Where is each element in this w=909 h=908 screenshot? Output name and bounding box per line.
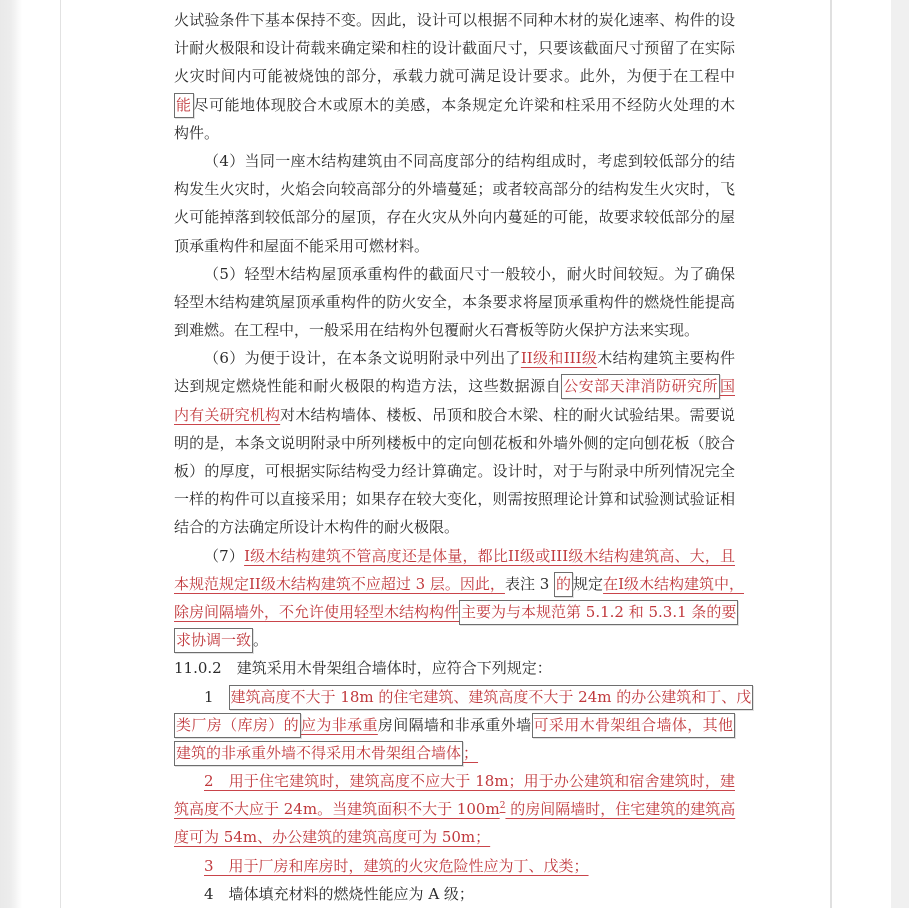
- text-line: 筑高度不大应于 24m。当建筑面积不大于 100m2 的房间隔墙时，住宅建筑的建…: [174, 795, 735, 823]
- text-line: 能尽可能地体现胶合木或原木的美感，本条规定允许梁和柱采用不经防火处理的木: [174, 91, 735, 119]
- underlined-annotation: 国: [720, 377, 735, 395]
- boxed-annotation: 能: [174, 93, 194, 118]
- underlined-annotation: 内有关研究机构: [174, 406, 280, 424]
- text-line: 内有关研究机构对木结构墙体、楼板、吊顶和胶合木梁、柱的耐火试验结果。需要说: [174, 401, 735, 429]
- line-text: 明的是，本条文说明附录中所列楼板中的定向刨花板和外墙外侧的定向刨花板（胶合: [174, 434, 735, 452]
- document-page: 火试验条件下基本保持不变。因此，设计可以根据不同种木材的炭化速率、构件的设 计耐…: [174, 6, 735, 908]
- text-line: 火试验条件下基本保持不变。因此，设计可以根据不同种木材的炭化速率、构件的设: [174, 6, 735, 34]
- text-line: 2 用于住宅建筑时，建筑高度不应大于 18m；用于办公建筑和宿舍建筑时，建: [174, 767, 735, 795]
- text-line: 火灾时间内可能被烧蚀的部分，承载力就可满足设计要求。此外，为便于在工程中: [174, 62, 735, 90]
- text-line: 顶承重构件和屋面不能采用可燃材料。: [174, 232, 735, 260]
- text-line: 类厂房（库房）的应为非承重房间隔墙和非承重外墙可采用木骨架组合墙体，其他: [174, 711, 735, 739]
- line-text: 达到规定燃烧性能和耐火极限的构造方法，这些数据源自: [174, 377, 561, 395]
- line-text: 规定: [573, 575, 603, 593]
- boxed-annotation: 建筑高度不大于 18m 的住宅建筑、建筑高度不大于 24m 的办公建筑和丁、戊: [229, 685, 754, 710]
- left-window-edge: [0, 0, 22, 908]
- boxed-annotation: 公安部天津消防研究所: [561, 374, 720, 399]
- line-text: 火灾时间内可能被烧蚀的部分，承载力就可满足设计要求。此外，为便于在工程中: [174, 67, 735, 85]
- underlined-annotation: 度可为 54m、办公建筑的建筑高度可为 50m；: [174, 828, 490, 846]
- underlined-annotation: 本规范规定II级木结构建筑不应超过 3 层。因此，: [174, 575, 505, 593]
- page-border-left: [60, 0, 61, 908]
- underlined-annotation: ；: [463, 744, 478, 762]
- text-line: 度可为 54m、办公建筑的建筑高度可为 50m；: [174, 823, 735, 851]
- text-line: （5）轻型木结构屋顶承重构件的截面尺寸一般较小，耐火时间较短。为了确保: [174, 260, 735, 288]
- line-text: 顶承重构件和屋面不能采用可燃材料。: [174, 237, 429, 255]
- underlined-annotation: 3 用于厂房和库房时，建筑的火灾危险性应为丁、戊类；: [204, 857, 589, 875]
- text-line: 1 建筑高度不大于 18m 的住宅建筑、建筑高度不大于 24m 的办公建筑和丁、…: [174, 683, 735, 711]
- line-text: 对木结构墙体、楼板、吊顶和胶合木梁、柱的耐火试验结果。需要说: [280, 406, 735, 424]
- underlined-annotation: 在I级木结构建筑中，: [603, 575, 744, 593]
- scrollbar-track[interactable]: [891, 0, 909, 908]
- line-text: 表注 3: [505, 575, 554, 593]
- underlined-annotation: 除房间隔墙外，不允许使用轻型木结构构件: [174, 603, 459, 621]
- boxed-annotation: 主要为与本规范第 5.1.2 和 5.3.1 条的要: [459, 600, 738, 625]
- text-line: 一样的构件可以直接采用；如果存在较大变化，则需按照理论计算和试验测试验证相: [174, 485, 735, 513]
- line-text: 构发生火灾时，火焰会向较高部分的外墙蔓延；或者较高部分的结构发生火灾时，飞: [174, 180, 735, 198]
- boxed-annotation: 的: [554, 572, 573, 597]
- underlined-annotation: 的房间隔墙时，住宅建筑的建筑高: [505, 800, 735, 818]
- text-line: 板）的厚度，可根据实际结构受力经计算确定。设计时，对于与附录中所列情况完全: [174, 457, 735, 485]
- line-text: 到难燃。在工程中，一般采用在结构外包覆耐火石膏板等防火保护方法来实现。: [174, 321, 699, 339]
- text-line: 构发生火灾时，火焰会向较高部分的外墙蔓延；或者较高部分的结构发生火灾时，飞: [174, 175, 735, 203]
- line-text: （5）轻型木结构屋顶承重构件的截面尺寸一般较小，耐火时间较短。为了确保: [204, 265, 735, 283]
- underlined-annotation: 2 用于住宅建筑时，建筑高度不应大于 18m；用于办公建筑和宿舍建筑时，建: [204, 772, 735, 790]
- line-text: 计耐火极限和设计荷载来确定梁和柱的设计截面尺寸，只要该截面尺寸预留了在实际: [174, 39, 735, 57]
- text-line: 达到规定燃烧性能和耐火极限的构造方法，这些数据源自公安部天津消防研究所国: [174, 372, 735, 400]
- underlined-annotation: II级和III级: [521, 349, 597, 367]
- line-text: 房间隔墙和非承重外墙: [378, 716, 532, 734]
- line-text: （7）: [204, 547, 244, 565]
- text-line: 轻型木结构建筑屋顶承重构件的防火安全，本条要求将屋顶承重构件的燃烧性能提高: [174, 288, 735, 316]
- line-text: 火可能掉落到较低部分的屋顶，存在火灾从外向内蔓延的可能，故要求较低部分的屋: [174, 208, 735, 226]
- text-line: 到难燃。在工程中，一般采用在结构外包覆耐火石膏板等防火保护方法来实现。: [174, 316, 735, 344]
- text-line: 计耐火极限和设计荷载来确定梁和柱的设计截面尺寸，只要该截面尺寸预留了在实际: [174, 34, 735, 62]
- text-line: 求协调一致。: [174, 626, 735, 654]
- text-line: 除房间隔墙外，不允许使用轻型木结构构件主要为与本规范第 5.1.2 和 5.3.…: [174, 598, 735, 626]
- clause-heading: 11.0.2 建筑采用木骨架组合墙体时，应符合下列规定：: [174, 654, 735, 682]
- text-line: 3 用于厂房和库房时，建筑的火灾危险性应为丁、戊类；: [174, 852, 735, 880]
- text-line: 火可能掉落到较低部分的屋顶，存在火灾从外向内蔓延的可能，故要求较低部分的屋: [174, 203, 735, 231]
- line-text: （4）当同一座木结构建筑由不同高度部分的结构组成时，考虑到较低部分的结: [204, 152, 735, 170]
- text-line: 建筑的非承重外墙不得采用木骨架组合墙体；: [174, 739, 735, 767]
- line-text: 结合的方法确定所设计木构件的耐火极限。: [174, 518, 459, 536]
- boxed-annotation: 建筑的非承重外墙不得采用木骨架组合墙体: [174, 741, 463, 766]
- text-line: （6）为便于设计，在本条文说明附录中列出了II级和III级木结构建筑主要构件: [174, 344, 735, 372]
- line-text: 轻型木结构建筑屋顶承重构件的防火安全，本条要求将屋顶承重构件的燃烧性能提高: [174, 293, 735, 311]
- boxed-annotation: 可采用木骨架组合墙体，其他: [532, 713, 735, 738]
- boxed-annotation: 类厂房（库房）的: [174, 713, 301, 738]
- line-text: 11.0.2 建筑采用木骨架组合墙体时，应符合下列规定：: [174, 659, 552, 677]
- page-border-right: [830, 0, 832, 908]
- line-text: 一样的构件可以直接采用；如果存在较大变化，则需按照理论计算和试验测试验证相: [174, 490, 735, 508]
- list-number: 1: [204, 688, 229, 706]
- line-text: 4 墙体填充材料的燃烧性能应为 A 级；: [204, 885, 474, 903]
- line-text: 木结构建筑主要构件: [597, 349, 735, 367]
- underlined-annotation: I级木结构建筑不管高度还是体量，都比II级或III级木结构建筑高、大，且: [244, 547, 735, 565]
- underlined-annotation: 筑高度不大应于 24m。当建筑面积不大于 100m: [174, 800, 500, 818]
- text-line: 4 墙体填充材料的燃烧性能应为 A 级；: [174, 880, 735, 908]
- line-text: 。: [253, 631, 268, 649]
- text-line: 构件。: [174, 119, 735, 147]
- line-text: 尽可能地体现胶合木或原木的美感，本条规定允许梁和柱采用不经防火处理的木: [194, 96, 736, 114]
- boxed-annotation: 求协调一致: [174, 628, 253, 653]
- text-line: （4）当同一座木结构建筑由不同高度部分的结构组成时，考虑到较低部分的结: [174, 147, 735, 175]
- line-text: （6）为便于设计，在本条文说明附录中列出了: [204, 349, 521, 367]
- text-line: 结合的方法确定所设计木构件的耐火极限。: [174, 513, 735, 541]
- text-line: 明的是，本条文说明附录中所列楼板中的定向刨花板和外墙外侧的定向刨花板（胶合: [174, 429, 735, 457]
- text-line: （7）I级木结构建筑不管高度还是体量，都比II级或III级木结构建筑高、大，且: [174, 542, 735, 570]
- line-text: 构件。: [174, 124, 219, 142]
- underlined-annotation: 应为非承重: [301, 716, 378, 734]
- text-line: 本规范规定II级木结构建筑不应超过 3 层。因此，表注 3 的规定在I级木结构建…: [174, 570, 735, 598]
- line-text: 板）的厚度，可根据实际结构受力经计算确定。设计时，对于与附录中所列情况完全: [174, 462, 735, 480]
- line-text: 火试验条件下基本保持不变。因此，设计可以根据不同种木材的炭化速率、构件的设: [174, 11, 735, 29]
